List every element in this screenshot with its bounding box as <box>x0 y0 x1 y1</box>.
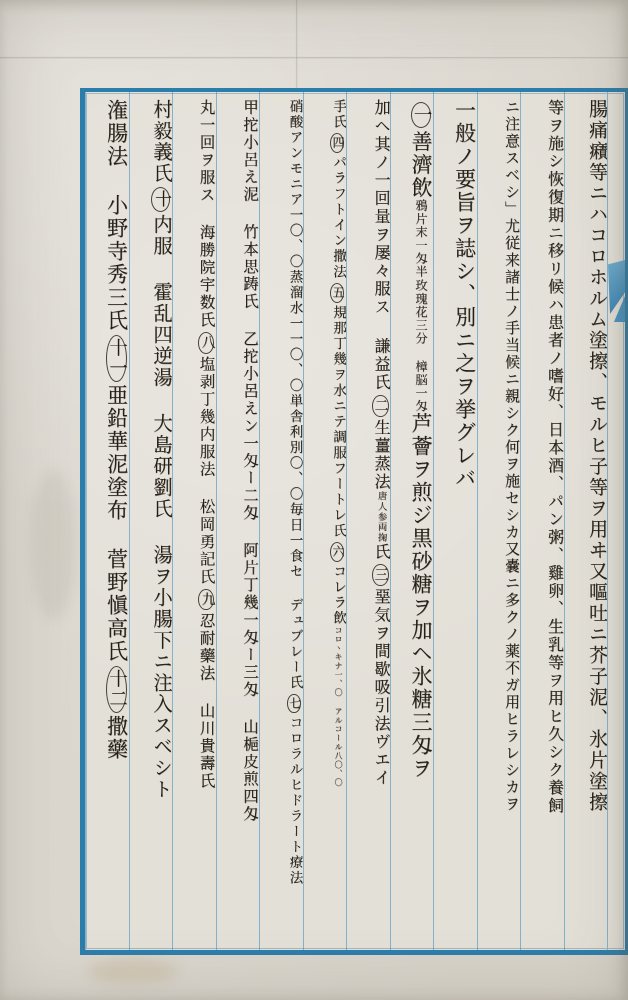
circled-number: 十二 <box>106 666 126 713</box>
text-run: 甲拕小呂え泥 竹本思踌氏 乙拕小呂えン一匁ー二匁 阿片丁幾一匁ー三匁 山梔皮煎四… <box>241 99 259 823</box>
circled-number: 二 <box>372 395 388 417</box>
small-annotation-run: コロヽキナ一、〇 アルコール八〇、〇 <box>334 626 343 787</box>
text-run: パラフトイン撒法 <box>330 155 346 280</box>
horizontal-fold-crease <box>0 56 628 59</box>
text-run: 善濟飲 <box>409 130 433 199</box>
manuscript-column-2: 等ヲ施シ恢復期ニ移リ候ハ患者ノ嗜好、日本酒、パン粥、雞卵、生乳等ヲ用ヒ久シク養飼 <box>520 92 564 950</box>
text-run: 硝酸アンモニア一〇、〇蒸溜水一一〇、〇単舎利別〇、〇毎日一食セ デュブレー氏 <box>287 99 303 691</box>
manuscript-column-11: 村毅義氏十内服 霍乱四逆湯 大島研劉氏 湯ヲ小腸下ニ注入スベシト <box>129 92 173 950</box>
manuscript-column-6: 加ヘ其ノ一回量ヲ屡々服ス 謙益氏二生薑蒸法唐人参両掬氏三堊気ヲ間歇吸引法ヴエイ <box>346 92 390 950</box>
circled-number: 八 <box>198 332 214 354</box>
text-run: コロラルヒドラート療法 <box>287 715 303 886</box>
text-run: 一般ノ要旨ヲ誌シ、別ニ之ヲ挙グレバ <box>453 99 477 490</box>
text-run: 芦薈ヲ煎ジ黒砂糖ヲ加ヘ氷糖三匁ヲ <box>409 412 433 780</box>
circled-number: 七 <box>287 694 301 714</box>
text-run: 撒藥 <box>105 715 129 761</box>
circled-number: 十一 <box>106 335 126 382</box>
text-run: 氏 <box>372 543 390 561</box>
circled-number: 五 <box>330 283 344 303</box>
text-run: 加ヘ其ノ一回量ヲ屡々服ス 謙益氏 <box>372 99 390 392</box>
small-annotation-run: 鴉片末一匁半 <box>414 199 428 278</box>
manuscript-column-3: ニ注意スベシ」尤従来諸士ノ手当候ニ親シク何ヲ施セシカ又嚢ニ多クノ薬不ガ用ヒラレシ… <box>477 92 521 950</box>
circled-number: 三 <box>372 564 388 586</box>
text-run: 等ヲ施シ恢復期ニ移リ候ハ患者ノ嗜好、日本酒、パン粥、雞卵、生乳等ヲ用ヒ久シク養飼 <box>546 99 564 815</box>
vertical-fold-crease <box>295 0 298 90</box>
paper-stain <box>30 470 76 620</box>
text-run: 規那丁幾ヲ水ニテ調服フートレ氏 <box>330 305 346 539</box>
manuscript-column-10: 丸一回ヲ服ス 海勝院宇数氏八塩剥丁幾内服法 松岡勇記氏九忍耐藥法 山川貴壽氏 <box>172 92 216 950</box>
manuscript-column-1: 腸痛癪等ニハコロホルム塗擦、モルヒ子等ヲ用ヰ又嘔吐ニ芥子泥、氷片塗擦 <box>564 92 608 950</box>
text-run: 丸一回ヲ服ス 海勝院宇数氏 <box>198 99 216 329</box>
text-run: 潅腸法 小野寺秀三氏 <box>105 99 129 332</box>
text-run: 生薑蒸法 <box>372 419 390 491</box>
text-run: 亜鉛華泥塗布 菅野愼高氏 <box>105 384 129 663</box>
paper-stain <box>88 958 178 984</box>
ruled-frame: 腸痛癪等ニハコロホルム塗擦、モルヒ子等ヲ用ヰ又嘔吐ニ芥子泥、氷片塗擦等ヲ施シ恢復… <box>80 88 628 955</box>
small-annotation-run: 玫瑰花三分 樟脳一匁 <box>414 279 428 413</box>
circled-number: 六 <box>330 542 344 562</box>
manuscript-column-4: 一般ノ要旨ヲ誌シ、別ニ之ヲ挙グレバ <box>433 92 477 950</box>
column-grid: 腸痛癪等ニハコロホルム塗擦、モルヒ子等ヲ用ヰ又嘔吐ニ芥子泥、氷片塗擦等ヲ施シ恢復… <box>85 92 625 950</box>
text-run: 内服 霍乱四逆湯 大島研劉氏 湯ヲ小腸下ニ注入スベシト <box>150 214 172 800</box>
text-run: 忍耐藥法 山川貴壽氏 <box>198 612 216 790</box>
manuscript-column-9: 甲拕小呂え泥 竹本思踌氏 乙拕小呂えン一匁ー二匁 阿片丁幾一匁ー三匁 山梔皮煎四… <box>216 92 260 950</box>
manuscript-column-5: 一善濟飲鴉片末一匁半玫瑰花三分 樟脳一匁芦薈ヲ煎ジ黒砂糖ヲ加ヘ氷糖三匁ヲ <box>390 92 434 950</box>
text-run: 塩剥丁幾内服法 松岡勇記氏 <box>198 356 216 586</box>
circled-number: 一 <box>411 102 431 128</box>
manuscript-column-8: 硝酸アンモニア一〇、〇蒸溜水一一〇、〇単舎利別〇、〇毎日一食セ デュブレー氏七コ… <box>259 92 303 950</box>
text-run: 手氏 <box>330 99 346 130</box>
text-run: ニ注意スベシ」尤従来諸士ノ手当候ニ親シク何ヲ施セシカ又嚢ニ多クノ薬不ガ用ヒラレシ… <box>503 99 520 813</box>
manuscript-column-12: 潅腸法 小野寺秀三氏十一亜鉛華泥塗布 菅野愼高氏十二撒藥 <box>85 92 129 950</box>
text-run: 堊気ヲ間歇吸引法ヴエイ <box>372 588 390 787</box>
circled-number: 四 <box>330 133 344 153</box>
manuscript-page: 腸痛癪等ニハコロホルム塗擦、モルヒ子等ヲ用ヰ又嘔吐ニ芥子泥、氷片塗擦等ヲ施シ恢復… <box>0 0 628 1000</box>
text-run: 腸痛癪等ニハコロホルム塗擦、モルヒ子等ヲ用ヰ又嘔吐ニ芥子泥、氷片塗擦 <box>586 99 607 813</box>
circled-number: 十 <box>151 187 170 212</box>
right-margin-strip <box>607 92 625 950</box>
text-run: 村毅義氏 <box>150 99 172 184</box>
circled-number: 九 <box>198 589 214 611</box>
text-run: コレラ飲 <box>330 564 346 626</box>
manuscript-column-7: 手氏四パラフトイン撒法五規那丁幾ヲ水ニテ調服フートレ氏六コレラ飲コロヽキナ一、〇… <box>303 92 347 950</box>
small-annotation-run: 唐人参両掬 <box>376 491 387 543</box>
